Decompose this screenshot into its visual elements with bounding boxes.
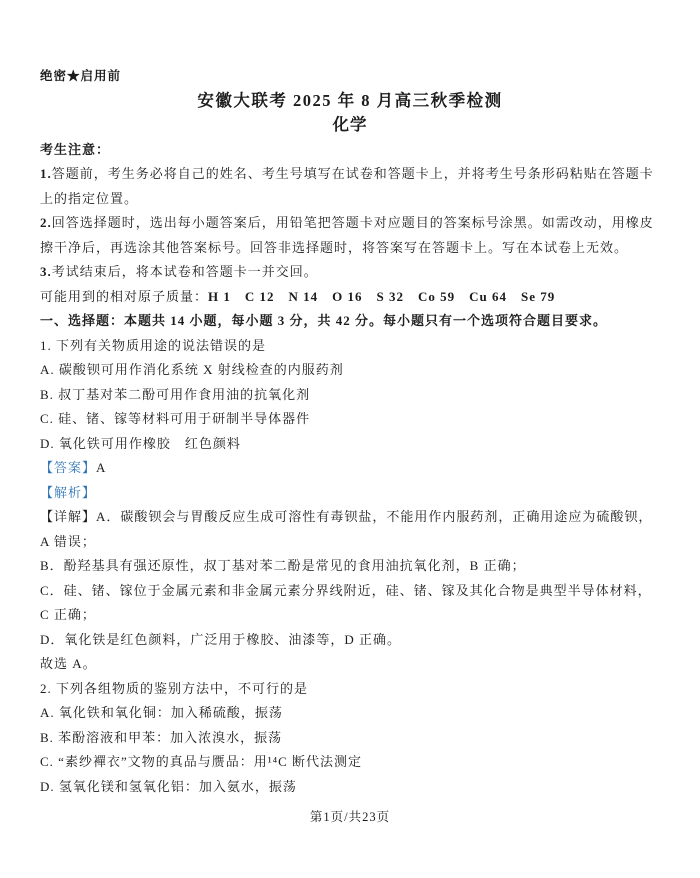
q1-answer-line: 【答案】A xyxy=(40,456,660,481)
exam-paper-page: 绝密★启用前 安徽大联考 2025 年 8 月高三秋季检测 化学 考生注意： 1… xyxy=(0,0,700,878)
q1-analysis-line: 【解析】 xyxy=(40,481,660,506)
notice-item: 1.答题前，考生务必将自己的姓名、考生号填写在试卷和答题卡上，并将考生号条形码粘… xyxy=(40,162,660,211)
q1-detail-b: B．酚羟基具有强还原性，叔丁基对苯二酚是常见的食用油抗氧化剂，B 正确； xyxy=(40,554,660,579)
atomic-mass-line: 可能用到的相对原子质量：H 1 C 12 N 14 O 16 S 32 Co 5… xyxy=(40,285,660,310)
exam-title: 安徽大联考 2025 年 8 月高三秋季检测 xyxy=(40,89,660,114)
answer-value: A xyxy=(96,460,106,475)
atomic-mass-label: 可能用到的相对原子质量： xyxy=(40,289,208,304)
detail-text: A．碳酸钡会与胃酸反应生成可溶性有毒钡盐，不能用作内服药剂，正确用途应为硫酸钡，… xyxy=(40,509,652,549)
q1-option-d: D. 氧化铁可用作橡胶 红色颜料 xyxy=(40,432,660,457)
q2-stem: 2. 下列各组物质的鉴别方法中，不可行的是 xyxy=(40,677,660,702)
notice-text: 答题前，考生务必将自己的姓名、考生号填写在试卷和答题卡上，并将考生号条形码粘贴在… xyxy=(40,166,654,206)
subject-title: 化学 xyxy=(40,113,660,138)
notice-text: 考试结束后，将本试卷和答题卡一并交回。 xyxy=(52,264,318,279)
q1-detail-a: 【详解】A．碳酸钡会与胃酸反应生成可溶性有毒钡盐，不能用作内服药剂，正确用途应为… xyxy=(40,505,660,554)
q2-option-b: B. 苯酚溶液和甲苯：加入浓溴水，振荡 xyxy=(40,726,660,751)
atomic-mass-values: H 1 C 12 N 14 O 16 S 32 Co 59 Cu 64 Se 7… xyxy=(208,289,555,304)
q1-stem: 1. 下列有关物质用途的说法错误的是 xyxy=(40,334,660,359)
q2-option-d: D. 氢氧化镁和氢氧化铝：加入氨水，振荡 xyxy=(40,775,660,800)
q2-option-a: A. 氧化铁和氧化铜：加入稀硫酸，振荡 xyxy=(40,701,660,726)
page-footer: 第1页/共23页 xyxy=(40,805,660,830)
notice-number: 1. xyxy=(40,166,52,181)
q2-option-c: C. “素纱襌衣”文物的真品与赝品：用¹⁴C 断代法测定 xyxy=(40,750,660,775)
notice-number: 2. xyxy=(40,215,52,230)
q1-detail-d: D．氧化铁是红色颜料，广泛用于橡胶、油漆等，D 正确。 xyxy=(40,628,660,653)
answer-label: 【答案】 xyxy=(40,460,96,475)
notice-item: 3.考试结束后，将本试卷和答题卡一并交回。 xyxy=(40,260,660,285)
notice-number: 3. xyxy=(40,264,52,279)
detail-label: 【详解】 xyxy=(40,509,96,524)
section-heading: 一、选择题：本题共 14 小题，每小题 3 分，共 42 分。每小题只有一个选项… xyxy=(40,309,660,334)
security-label: 绝密★启用前 xyxy=(40,64,660,89)
notice-heading: 考生注意： xyxy=(40,138,660,163)
q1-option-c: C. 硅、锗、镓等材料可用于研制半导体器件 xyxy=(40,407,660,432)
q1-option-a: A. 碳酸钡可用作消化系统 X 射线检查的内服药剂 xyxy=(40,358,660,383)
analysis-label: 【解析】 xyxy=(40,485,96,500)
q1-conclusion: 故选 A。 xyxy=(40,652,660,677)
q1-detail-c: C．硅、锗、镓位于金属元素和非金属元素分界线附近，硅、锗、镓及其化合物是典型半导… xyxy=(40,579,660,628)
notice-item: 2.回答选择题时，选出每小题答案后，用铅笔把答题卡对应题目的答案标号涂黑。如需改… xyxy=(40,211,660,260)
notice-text: 回答选择题时，选出每小题答案后，用铅笔把答题卡对应题目的答案标号涂黑。如需改动，… xyxy=(40,215,654,255)
q1-option-b: B. 叔丁基对苯二酚可用作食用油的抗氧化剂 xyxy=(40,383,660,408)
